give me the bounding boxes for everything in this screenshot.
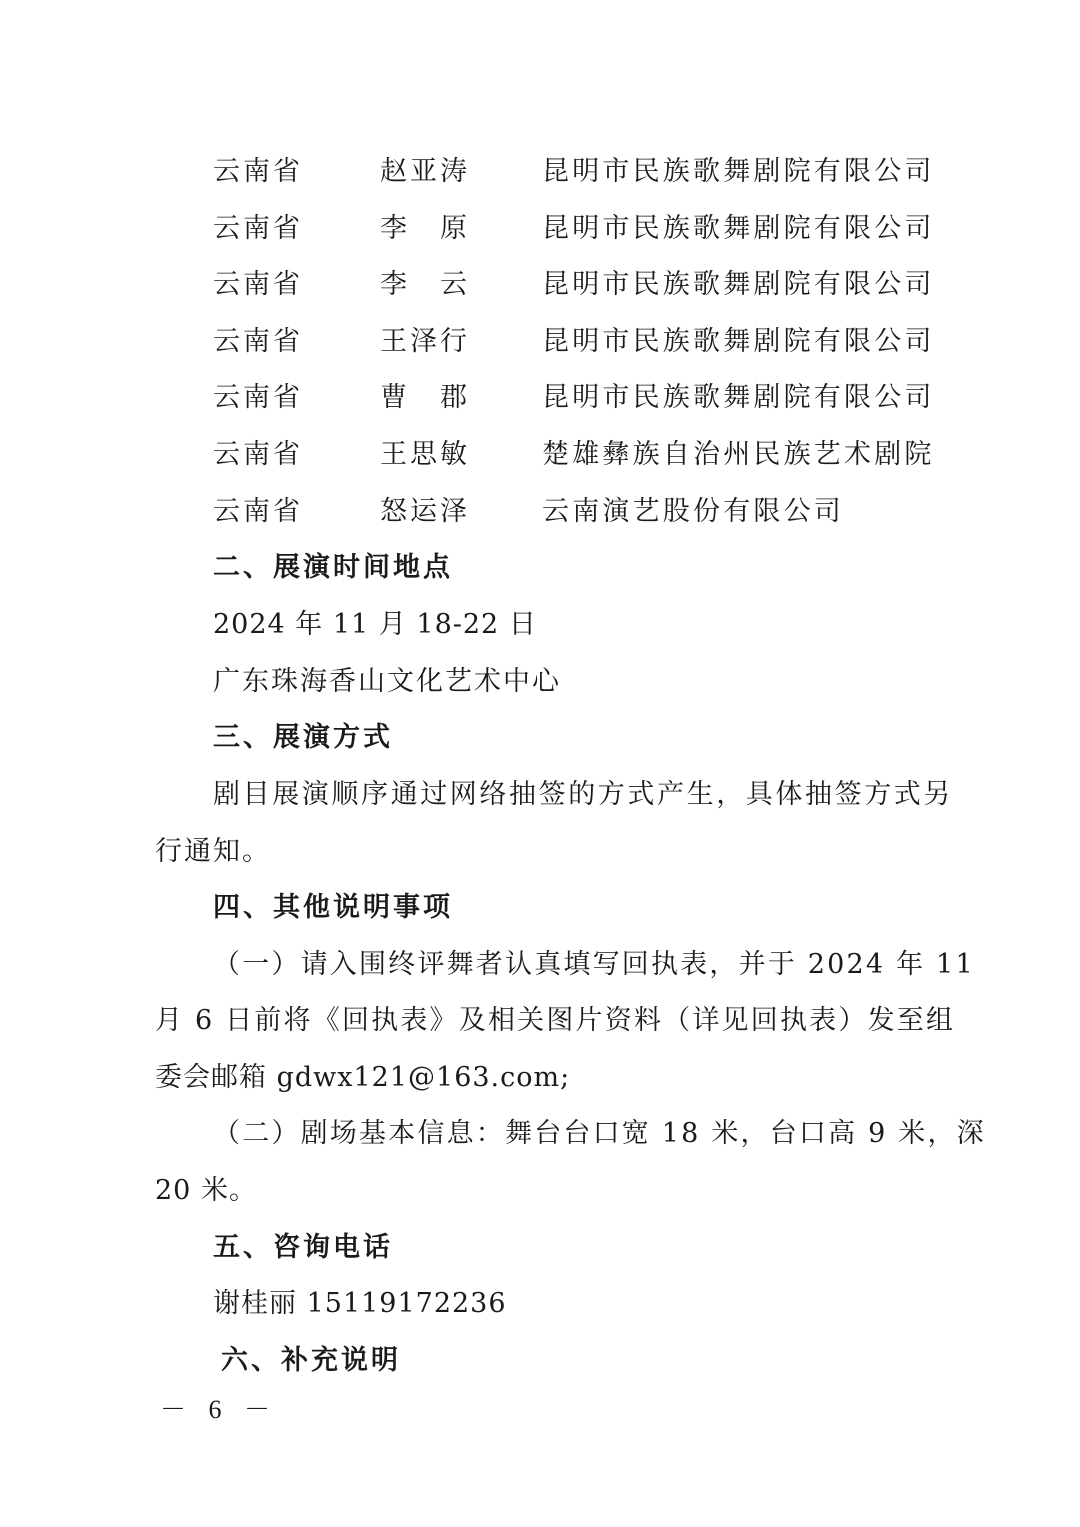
roster-name: 李 原 xyxy=(380,209,470,249)
section-heading-other-notes: 四、其他说明事项 xyxy=(213,888,453,928)
roster-row: 云南省 李 原 昆明市民族歌舞剧院有限公司 xyxy=(0,209,1080,249)
roster-organization: 昆明市民族歌舞剧院有限公司 xyxy=(542,265,935,305)
document-page: 云南省 赵亚涛 昆明市民族歌舞剧院有限公司 云南省 李 原 昆明市民族歌舞剧院有… xyxy=(0,0,1080,1527)
roster-province: 云南省 xyxy=(213,209,303,249)
notes-item-1-line-1: （一）请入围终评舞者认真填写回执表，并于 2024 年 11 xyxy=(213,945,975,985)
section-heading-contact: 五、咨询电话 xyxy=(213,1228,393,1268)
notes-item-1-line-2: 月 6 日前将《回执表》及相关图片资料（详见回执表）发至组 xyxy=(155,1001,955,1041)
roster-province: 云南省 xyxy=(213,435,303,475)
roster-row: 云南省 王思敏 楚雄彝族自治州民族艺术剧院 xyxy=(0,435,1080,475)
roster-province: 云南省 xyxy=(213,378,303,418)
roster-row: 云南省 怒运泽 云南演艺股份有限公司 xyxy=(0,492,1080,532)
roster-province: 云南省 xyxy=(213,152,303,192)
section-heading-time-place: 二、展演时间地点 xyxy=(213,548,453,588)
roster-organization: 昆明市民族歌舞剧院有限公司 xyxy=(542,322,935,362)
event-venue: 广东珠海香山文化艺术中心 xyxy=(213,662,561,702)
roster-province: 云南省 xyxy=(213,492,303,532)
page-number: － 6 － xyxy=(160,1392,278,1428)
roster-row: 云南省 赵亚涛 昆明市民族歌舞剧院有限公司 xyxy=(0,152,1080,192)
notes-item-2-line-2: 20 米。 xyxy=(155,1171,257,1211)
roster-name: 赵亚涛 xyxy=(380,152,470,192)
roster-row: 云南省 王泽行 昆明市民族歌舞剧院有限公司 xyxy=(0,322,1080,362)
roster-name: 王泽行 xyxy=(380,322,470,362)
roster-province: 云南省 xyxy=(213,322,303,362)
notes-item-1-line-3-email: 委会邮箱 gdwx121@163.com; xyxy=(155,1058,570,1098)
roster-organization: 昆明市民族歌舞剧院有限公司 xyxy=(542,378,935,418)
method-text-line-1: 剧目展演顺序通过网络抽签的方式产生，具体抽签方式另 xyxy=(213,775,953,815)
method-text-line-2: 行通知。 xyxy=(155,832,271,872)
roster-organization: 昆明市民族歌舞剧院有限公司 xyxy=(542,209,935,249)
roster-organization: 楚雄彝族自治州民族艺术剧院 xyxy=(542,435,935,475)
roster-name: 曹 郡 xyxy=(380,378,470,418)
section-heading-supplement: 六、补充说明 xyxy=(221,1341,401,1381)
contact-phone: 谢桂丽 15119172236 xyxy=(213,1284,507,1324)
roster-name: 李 云 xyxy=(380,265,470,305)
roster-name: 怒运泽 xyxy=(380,492,470,532)
roster-name: 王思敏 xyxy=(380,435,470,475)
event-date: 2024 年 11 月 18-22 日 xyxy=(213,605,537,645)
roster-organization: 昆明市民族歌舞剧院有限公司 xyxy=(542,152,935,192)
roster-organization: 云南演艺股份有限公司 xyxy=(542,492,844,532)
roster-row: 云南省 曹 郡 昆明市民族歌舞剧院有限公司 xyxy=(0,378,1080,418)
section-heading-method: 三、展演方式 xyxy=(213,718,393,758)
roster-row: 云南省 李 云 昆明市民族歌舞剧院有限公司 xyxy=(0,265,1080,305)
notes-item-2-line-1: （二）剧场基本信息：舞台台口宽 18 米，台口高 9 米，深 xyxy=(213,1114,986,1154)
roster-province: 云南省 xyxy=(213,265,303,305)
